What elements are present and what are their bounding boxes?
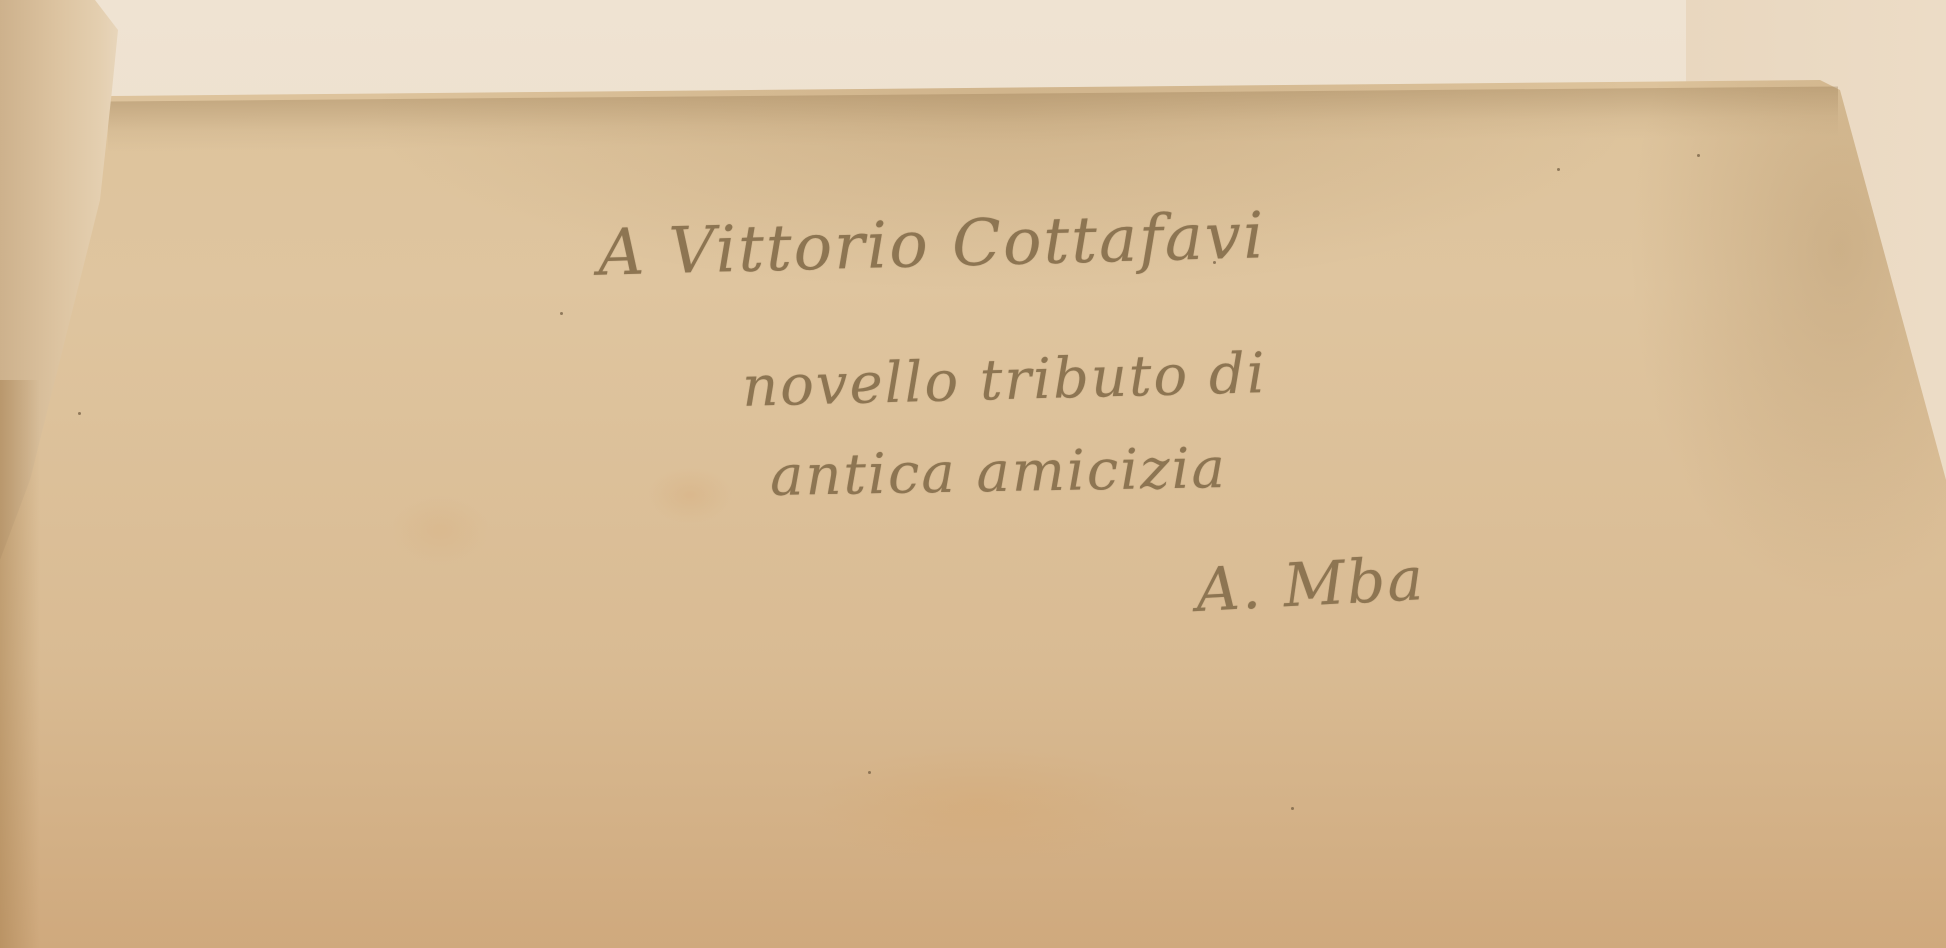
paper-speck [868,771,871,774]
paper-speck [1291,807,1294,810]
paper-speck [1557,168,1560,171]
paper-speck [560,312,563,315]
paper-speck [1697,154,1700,157]
book-page [0,0,1946,948]
paper-speck [78,412,81,415]
photo-scene: A Vittorio Cottafavi novello tributo di … [0,0,1946,948]
paper-speck [1213,261,1216,264]
page-gutter-shadow [0,380,40,948]
